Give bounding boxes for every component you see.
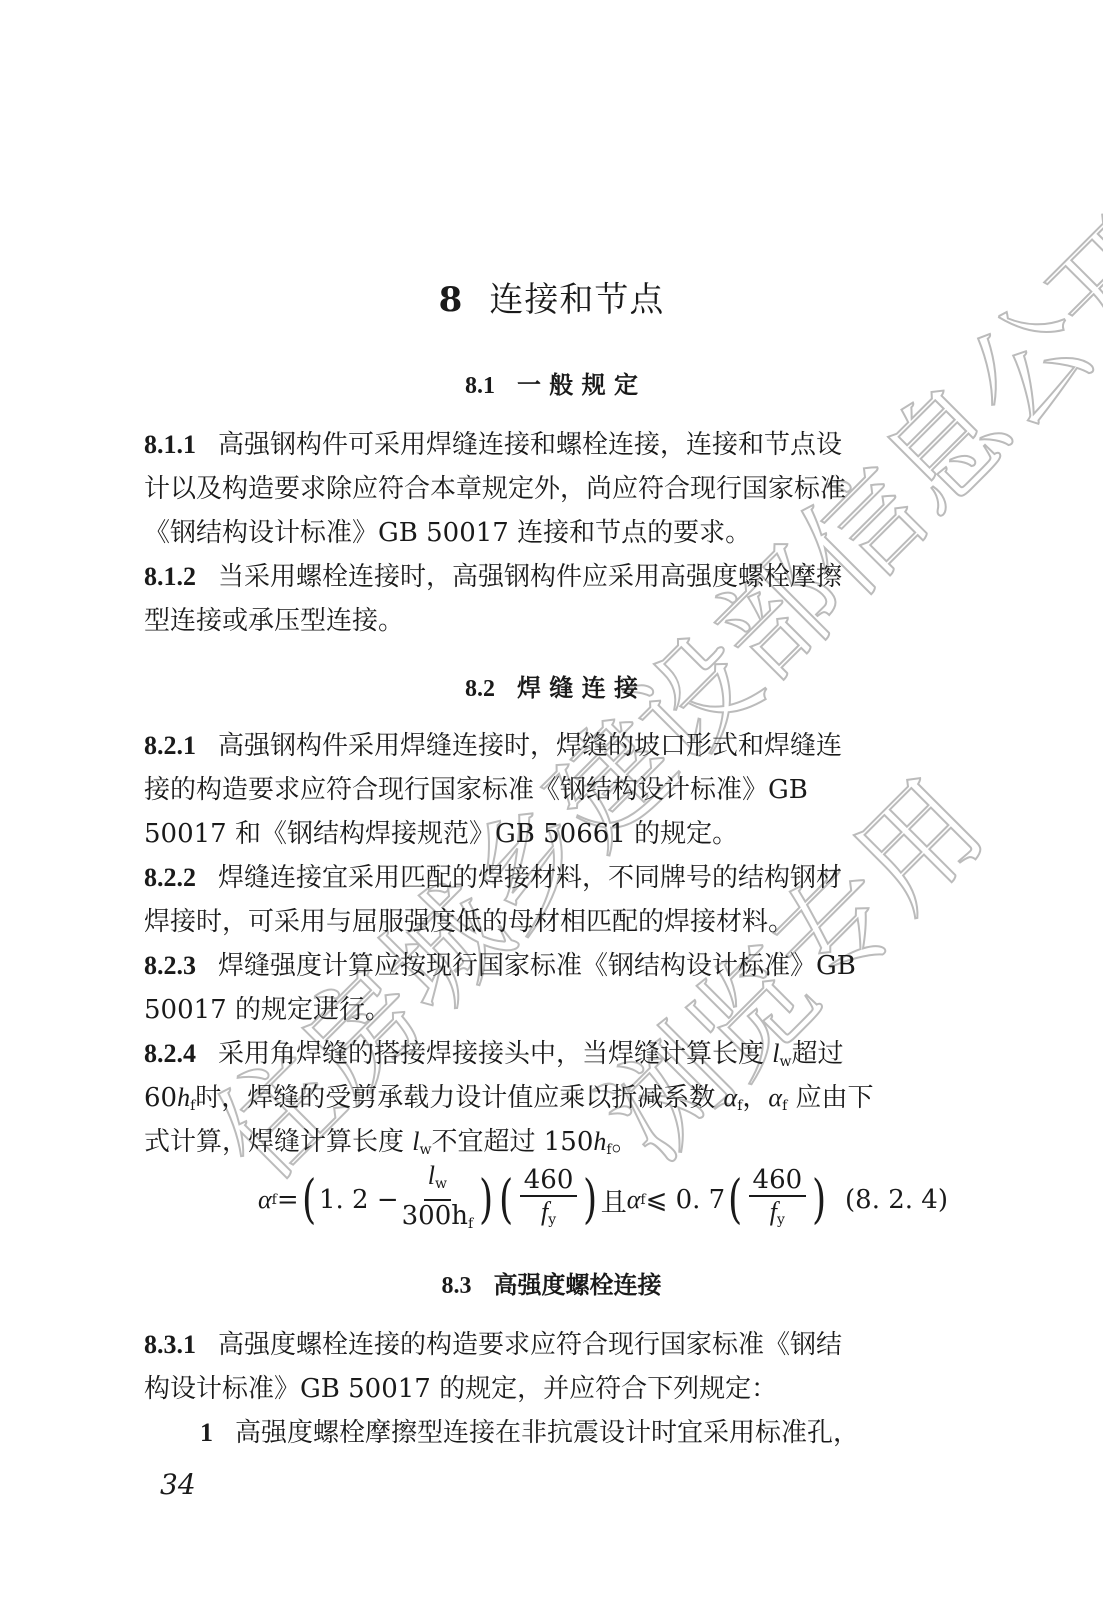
chapter-name: 连接和节点 [489,280,664,320]
list-item-1: 1高强度螺栓摩擦型连接在非抗震设计时宜采用标准孔， [144,1411,944,1455]
page-number: 34 [160,1468,196,1501]
clause-8-2-3: 8.2.3焊缝强度计算应按现行国家标准《钢结构设计标准》GB [144,944,944,988]
clause-8-2-2: 8.2.2焊缝连接宜采用匹配的焊接材料，不同牌号的结构钢材 [144,856,944,900]
clauses-8-2: 8.2.1高强钢构件采用焊缝连接时，焊缝的坡口形式和焊缝连 接的构造要求应符合现… [144,724,944,1164]
document-page: 住房城乡建设部信息公开 浏览专用 8连接和节点 8.1一 般 规 定 8.1.1… [0,0,1103,1598]
chapter-title: 8连接和节点 [0,272,1103,321]
section-title-8-3: 8.3高强度螺栓连接 [0,1265,1103,1300]
clause-8-1-1: 8.1.1高强钢构件可采用焊缝连接和螺栓连接，连接和节点设 计以及构造要求除应符… [144,423,944,643]
clause-8-2-4: 8.2.4采用角焊缝的搭接焊接接头中，当焊缝计算长度 lw超过 [144,1032,944,1076]
section-title-8-1: 8.1一 般 规 定 [0,365,1103,400]
section-title-8-2: 8.2焊 缝 连 接 [0,668,1103,703]
clause-8-2-1: 8.2.1高强钢构件采用焊缝连接时，焊缝的坡口形式和焊缝连 [144,724,944,768]
chapter-number: 8 [439,280,464,320]
formula-8-2-4: αf = (1. 2 − lw300hf )( 460fy ) 且 αf ⩽ 0… [258,1165,948,1235]
clause-8-3-1: 8.3.1高强度螺栓连接的构造要求应符合现行国家标准《钢结 构设计标准》GB 5… [144,1323,944,1455]
clause-8-1-2: 8.1.2当采用螺栓连接时，高强钢构件应采用高强度螺栓摩擦 [144,555,944,599]
equation-number: (8. 2. 4) [845,1185,948,1215]
